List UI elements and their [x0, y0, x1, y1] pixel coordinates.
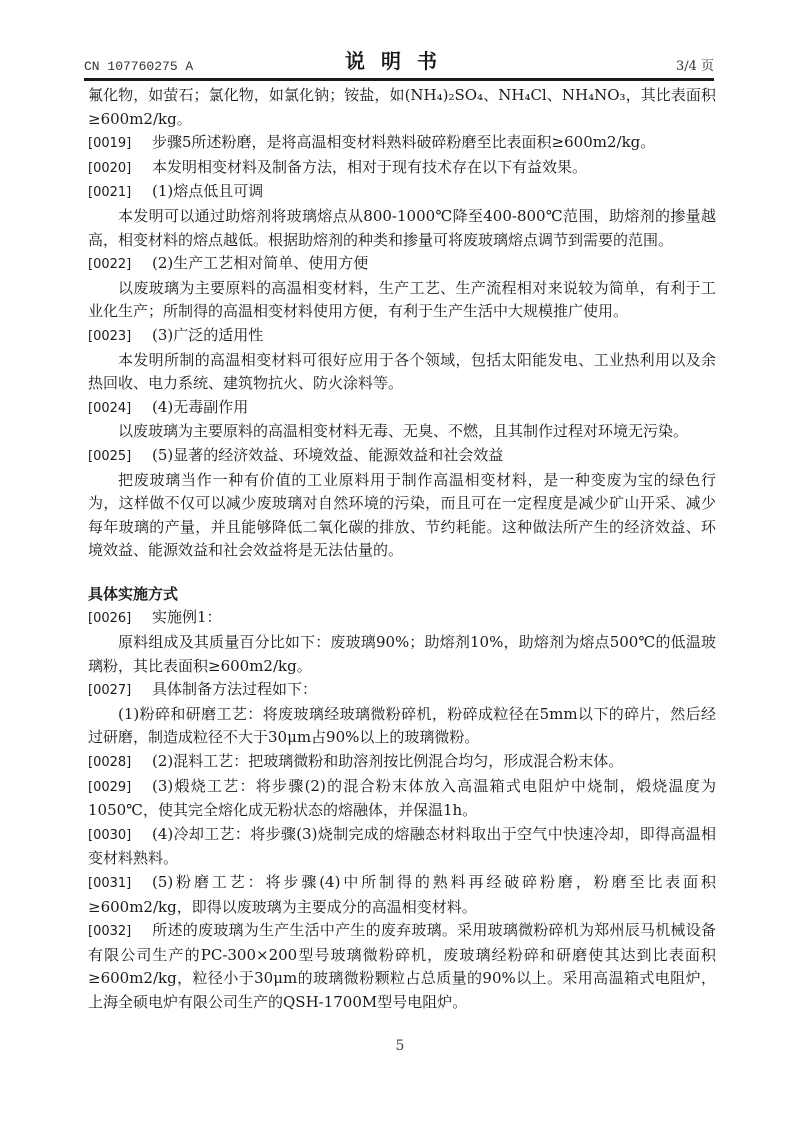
paragraph: 本发明可以通过助熔剂将玻璃熔点从800-1000℃降至400-800℃范围，助熔…	[88, 205, 716, 252]
paragraph-text: (3)广泛的适用性	[152, 326, 263, 344]
paragraph-text: (3)煅烧工艺：将步骤(2)的混合粉末体放入高温箱式电阻炉中烧制，煅烧温度为10…	[88, 777, 716, 820]
paragraph-number: [0031]	[88, 872, 152, 896]
paragraph-group-benefits: 氟化物，如萤石；氯化物，如氯化钠；铵盐，如(NH₄)₂SO₄、NH₄Cl、NH₄…	[88, 84, 716, 563]
paragraph: 以废玻璃为主要原料的高温相变材料无毒、无臭、不燃，且其制作过程对环境无污染。	[88, 420, 716, 444]
paragraph: (1)粉碎和研磨工艺：将废玻璃经玻璃微粉碎机，粉碎成粒径在5mm以下的碎片，然后…	[88, 703, 716, 750]
numbered-paragraph: [0029](3)煅烧工艺：将步骤(2)的混合粉末体放入高温箱式电阻炉中烧制，煅…	[88, 775, 716, 823]
numbered-paragraph: [0027]具体制备方法过程如下：	[88, 678, 716, 703]
paragraph-number: [0030]	[88, 824, 152, 848]
paragraph-number: [0029]	[88, 776, 152, 800]
paragraph-text: (1)粉碎和研磨工艺：将废玻璃经玻璃微粉碎机，粉碎成粒径在5mm以下的碎片，然后…	[88, 705, 716, 747]
paragraph-number: [0027]	[88, 679, 152, 703]
paragraph-text: 具体制备方法过程如下：	[152, 680, 317, 698]
numbered-paragraph: [0019]步骤5所述粉磨，是将高温相变材料熟料破碎粉磨至比表面积≥600m2/…	[88, 131, 716, 156]
document-title: 说明书	[84, 45, 714, 74]
numbered-paragraph: [0021](1)熔点低且可调	[88, 180, 716, 205]
page-header: CN 107760275 A 说明书 3/4 页	[84, 44, 714, 81]
numbered-paragraph: [0025](5)显著的经济效益、环境效益、能源效益和社会效益	[88, 444, 716, 469]
paragraph-text: (5)显著的经济效益、环境效益、能源效益和社会效益	[152, 446, 503, 464]
paragraph-number: [0024]	[88, 397, 152, 421]
paragraph: 本发明所制的高温相变材料可很好应用于各个领域，包括太阳能发电、工业热利用以及余热…	[88, 349, 716, 396]
numbered-paragraph: [0032]所述的废玻璃为生产生活中产生的废弃玻璃。采用玻璃微粉碎机为郑州辰马机…	[88, 919, 716, 1014]
paragraph-number: [0026]	[88, 607, 152, 631]
paragraph-number: [0022]	[88, 253, 152, 277]
paragraph: 氟化物，如萤石；氯化物，如氯化钠；铵盐，如(NH₄)₂SO₄、NH₄Cl、NH₄…	[88, 84, 716, 131]
numbered-paragraph: [0028](2)混料工艺：把玻璃微粉和助溶剂按比例混合均匀，形成混合粉末体。	[88, 750, 716, 775]
paragraph-text: 以废玻璃为主要原料的高温相变材料，生产工艺、生产流程相对来说较为简单，有利于工业…	[88, 279, 716, 321]
numbered-paragraph: [0023](3)广泛的适用性	[88, 324, 716, 349]
paragraph-text: 本发明可以通过助熔剂将玻璃熔点从800-1000℃降至400-800℃范围，助熔…	[88, 207, 716, 249]
numbered-paragraph: [0024](4)无毒副作用	[88, 396, 716, 421]
paragraph-text: 本发明相变材料及制备方法，相对于现有技术存在以下有益效果。	[152, 158, 587, 176]
paragraph-number: [0020]	[88, 157, 152, 181]
paragraph-text: (1)熔点低且可调	[152, 182, 263, 200]
paragraph-group-embodiment: [0026]实施例1：原料组成及其质量百分比如下：废玻璃90%；助熔剂10%，助…	[88, 606, 716, 1014]
section-title: 具体实施方式	[88, 583, 716, 607]
paragraph-number: [0032]	[88, 920, 152, 944]
numbered-paragraph: [0031](5)粉磨工艺：将步骤(4)中所制得的熟料再经破碎粉磨，粉磨至比表面…	[88, 871, 716, 919]
paragraph-text: 把废玻璃当作一种有价值的工业原料用于制作高温相变材料，是一种变废为宝的绿色行为，…	[88, 471, 716, 560]
paragraph-text: (2)生产工艺相对简单、使用方便	[152, 254, 368, 272]
paragraph-text: 所述的废玻璃为生产生活中产生的废弃玻璃。采用玻璃微粉碎机为郑州辰马机械设备有限公…	[88, 921, 716, 1011]
paragraph-number: [0023]	[88, 325, 152, 349]
paragraph-text: (4)无毒副作用	[152, 398, 248, 416]
paragraph-number: [0021]	[88, 181, 152, 205]
numbered-paragraph: [0026]实施例1：	[88, 606, 716, 631]
paragraph: 把废玻璃当作一种有价值的工业原料用于制作高温相变材料，是一种变废为宝的绿色行为，…	[88, 469, 716, 563]
paragraph-text: 原料组成及其质量百分比如下：废玻璃90%；助熔剂10%，助熔剂为熔点500℃的低…	[88, 633, 716, 675]
paragraph-number: [0025]	[88, 445, 152, 469]
paragraph-number: [0019]	[88, 132, 152, 156]
paragraph-text: (2)混料工艺：把玻璃微粉和助溶剂按比例混合均匀，形成混合粉末体。	[152, 752, 623, 770]
numbered-paragraph: [0022](2)生产工艺相对简单、使用方便	[88, 252, 716, 277]
paragraph-text: (5)粉磨工艺：将步骤(4)中所制得的熟料再经破碎粉磨，粉磨至比表面积≥600m…	[88, 873, 716, 916]
paragraph-number: [0028]	[88, 751, 152, 775]
paragraph-text: (4)冷却工艺：将步骤(3)烧制完成的熔融态材料取出于空气中快速冷却，即得高温相…	[88, 825, 716, 868]
paragraph-text: 以废玻璃为主要原料的高温相变材料无毒、无臭、不燃，且其制作过程对环境无污染。	[118, 422, 688, 440]
paragraph: 原料组成及其质量百分比如下：废玻璃90%；助熔剂10%，助熔剂为熔点500℃的低…	[88, 631, 716, 678]
paragraph: 以废玻璃为主要原料的高温相变材料，生产工艺、生产流程相对来说较为简单，有利于工业…	[88, 277, 716, 324]
page-indicator: 3/4 页	[676, 55, 714, 74]
paragraph-text: 实施例1：	[152, 608, 222, 626]
paragraph-text: 氟化物，如萤石；氯化物，如氯化钠；铵盐，如(NH₄)₂SO₄、NH₄Cl、NH₄…	[88, 86, 716, 128]
paragraph-text: 步骤5所述粉磨，是将高温相变材料熟料破碎粉磨至比表面积≥600m2/kg。	[152, 133, 655, 151]
numbered-paragraph: [0030](4)冷却工艺：将步骤(3)烧制完成的熔融态材料取出于空气中快速冷却…	[88, 823, 716, 871]
numbered-paragraph: [0020]本发明相变材料及制备方法，相对于现有技术存在以下有益效果。	[88, 156, 716, 181]
paragraph-text: 本发明所制的高温相变材料可很好应用于各个领域，包括太阳能发电、工业热利用以及余热…	[88, 351, 716, 393]
page-number: 5	[0, 1038, 800, 1054]
document-body: 氟化物，如萤石；氯化物，如氯化钠；铵盐，如(NH₄)₂SO₄、NH₄Cl、NH₄…	[88, 84, 716, 1015]
